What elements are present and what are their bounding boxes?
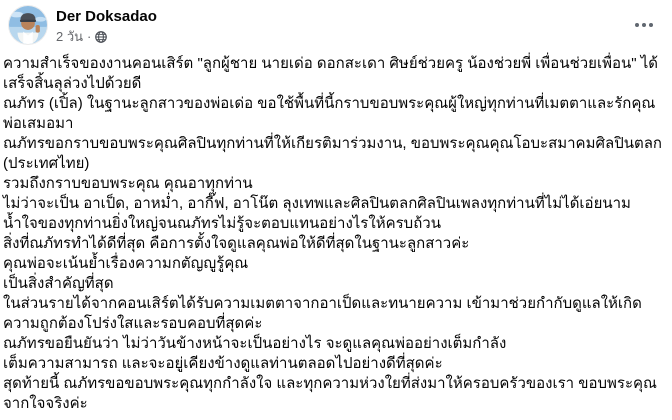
post-paragraph: ณภัทรขอยืนยันว่า ไม่ว่าวันข้างหน้าจะเป็น… xyxy=(3,334,664,354)
header-info: Der Doksadao 2 วัน · xyxy=(56,5,157,45)
dot-icon xyxy=(649,23,653,27)
post-header: Der Doksadao 2 วัน · xyxy=(0,0,672,49)
post-paragraph: สุดท้ายนี้ ณภัทรขอขอบพระคุณทุกกำลังใจ แล… xyxy=(3,374,664,414)
author-name[interactable]: Der Doksadao xyxy=(56,7,157,26)
post-paragraph: ในส่วนรายได้จากคอนเสิร์ตได้รับความเมตตาจ… xyxy=(3,294,664,334)
avatar-image xyxy=(9,6,47,44)
post-paragraph: น้ำใจของทุกท่านยิ่งใหญ่จนณภัทรไม่รู้จะตอ… xyxy=(3,214,664,234)
post-paragraph: ณภัทรขอกราบขอบพระคุณศิลปินทุกท่านที่ให้เ… xyxy=(3,134,664,174)
facebook-post: Der Doksadao 2 วัน · ความสำเร็จข xyxy=(0,0,672,420)
post-meta: 2 วัน · xyxy=(56,28,157,45)
post-paragraph: ไม่ว่าจะเป็น อาเป็ด, อาหม่ำ, อากี๊ฟ, อาโ… xyxy=(3,194,664,214)
meta-separator: · xyxy=(87,28,91,45)
post-paragraph: ความสำเร็จของงานคอนเสิร์ต "ลูกผู้ชาย นาย… xyxy=(3,54,664,94)
timestamp[interactable]: 2 วัน xyxy=(56,28,83,45)
post-paragraph: เต็มความสามารถ และจะอยู่เคียงข้างดูแลท่า… xyxy=(3,354,664,374)
post-paragraph: เป็นสิ่งสำคัญที่สุด xyxy=(3,274,664,294)
post-body: ความสำเร็จของงานคอนเสิร์ต "ลูกผู้ชาย นาย… xyxy=(0,49,672,414)
post-paragraph: คุณพ่อจะเน้นย้ำเรื่องความกตัญญูรู้คุณ xyxy=(3,254,664,274)
globe-icon xyxy=(95,31,107,43)
post-paragraph: รวมถึงกราบขอบพระคุณ คุณอาทุกท่าน xyxy=(3,174,664,194)
dot-icon xyxy=(642,23,646,27)
avatar[interactable] xyxy=(8,5,48,45)
post-paragraph: สิ่งที่ณภัทรทำได้ดีที่สุด คือการตั้งใจดู… xyxy=(3,234,664,254)
dot-icon xyxy=(635,23,639,27)
post-paragraph: ณภัทร (เปิ้ล) ในฐานะลูกสาวของพ่อเด่อ ขอใ… xyxy=(3,94,664,134)
more-options-button[interactable] xyxy=(630,14,658,36)
